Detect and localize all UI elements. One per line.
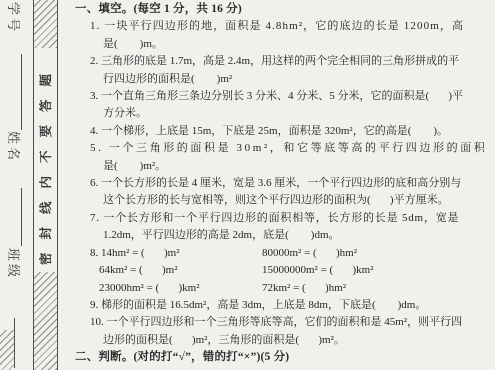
question-4-line-1: 4. 一个梯形，上底是 15m，下底是 25m，面积是 320m²，它的高是( … bbox=[60, 123, 495, 140]
name-field-label: 姓名 bbox=[2, 131, 24, 165]
question-8-row-2: 64km² = ( )m² 15000000m² = ( )km² bbox=[60, 262, 495, 279]
question-3-line-2: 方分米。 bbox=[60, 105, 495, 122]
student-number-fill-line bbox=[21, 54, 22, 130]
name-fill-line bbox=[21, 188, 22, 246]
question-1-line-1: 1. 一块平行四边形的地，面积是 4.8hm²，它的底边的长是 1200m，高 bbox=[60, 18, 495, 35]
question-5-line-1: 5. 一个三角形的面积是 30m²，和它等底等高的平行四边形的面积 bbox=[60, 140, 495, 157]
corner-hatch-bottom-left bbox=[0, 330, 14, 370]
student-number-field-label: 学号 bbox=[2, 2, 24, 36]
question-9-line-1: 9. 梯形的面积是 16.5dm²，高是 3dm，上底是 8dm，下底是( )d… bbox=[60, 297, 495, 314]
section-1-title: 一、填空。(每空 1 分，共 16 分) bbox=[60, 1, 495, 18]
conversion-cell: 8. 14hm² = ( )m² bbox=[90, 245, 262, 262]
seal-hatch-top bbox=[34, 0, 57, 48]
question-10-line-2: 边形的面积是( )m²，三角形的面积是( )m²。 bbox=[60, 332, 495, 349]
question-2-line-1: 2. 三角形的底是 1.7m，高是 2.4m，用这样的两个完全相同的三角形拼成的… bbox=[60, 53, 495, 70]
question-10-line-1: 10. 一个平行四边形和一个三角形等底等高，它们的面积和是 45m²，则平行四 bbox=[60, 314, 495, 331]
question-6-line-1: 6. 一个长方形的长是 4 厘米，宽是 3.6 厘米，一个平行四边形的底和高分别… bbox=[60, 175, 495, 192]
conversion-cell: 72km² = ( )hm² bbox=[262, 280, 346, 297]
class-field-label: 班级 bbox=[2, 248, 24, 282]
question-7-line-1: 7. 一个长方形和一个平行四边形的面积相等，长方形的长是 5dm，宽是 bbox=[60, 210, 495, 227]
class-fill-line bbox=[14, 318, 15, 368]
conversion-cell: 80000m² = ( )hm² bbox=[262, 245, 357, 262]
question-2-line-2: 行四边形的面积是( )m² bbox=[60, 71, 495, 88]
conversion-cell: 23000hm² = ( )km² bbox=[90, 280, 262, 297]
question-7-line-2: 1.2dm，平行四边形的高是 2dm，底是( )dm。 bbox=[60, 227, 495, 244]
question-8-row-1: 8. 14hm² = ( )m² 80000m² = ( )hm² bbox=[60, 245, 495, 262]
question-1-line-2: 是( )m。 bbox=[60, 36, 495, 53]
question-3-line-1: 3. 一个直角三角形三条边分别长 3 分米、4 分米、5 分米，它的面积是( )… bbox=[60, 88, 495, 105]
conversion-cell: 15000000m² = ( )km² bbox=[262, 262, 374, 279]
seal-hatch-bottom bbox=[34, 272, 57, 370]
exam-paper-page: 学号 姓名 班级 密封线内不要答题 一、填空。(每空 1 分，共 16 分) 1… bbox=[0, 0, 495, 370]
section-2-title: 二、判断。(对的打“√”，错的打“×”)(5 分) bbox=[60, 349, 495, 366]
question-8-row-3: 23000hm² = ( )km² 72km² = ( )hm² bbox=[60, 280, 495, 297]
seal-border-right bbox=[57, 0, 58, 370]
seal-line-text: 密封线内不要答题 bbox=[36, 54, 57, 272]
question-6-line-2: 这个长方形的长与宽相等，则这个平行四边形的面积为( )平方厘米。 bbox=[60, 192, 495, 209]
paper-content: 一、填空。(每空 1 分，共 16 分) 1. 一块平行四边形的地，面积是 4.… bbox=[60, 1, 495, 367]
question-5-line-2: 是( )m²。 bbox=[60, 158, 495, 175]
conversion-cell: 64km² = ( )m² bbox=[90, 262, 262, 279]
